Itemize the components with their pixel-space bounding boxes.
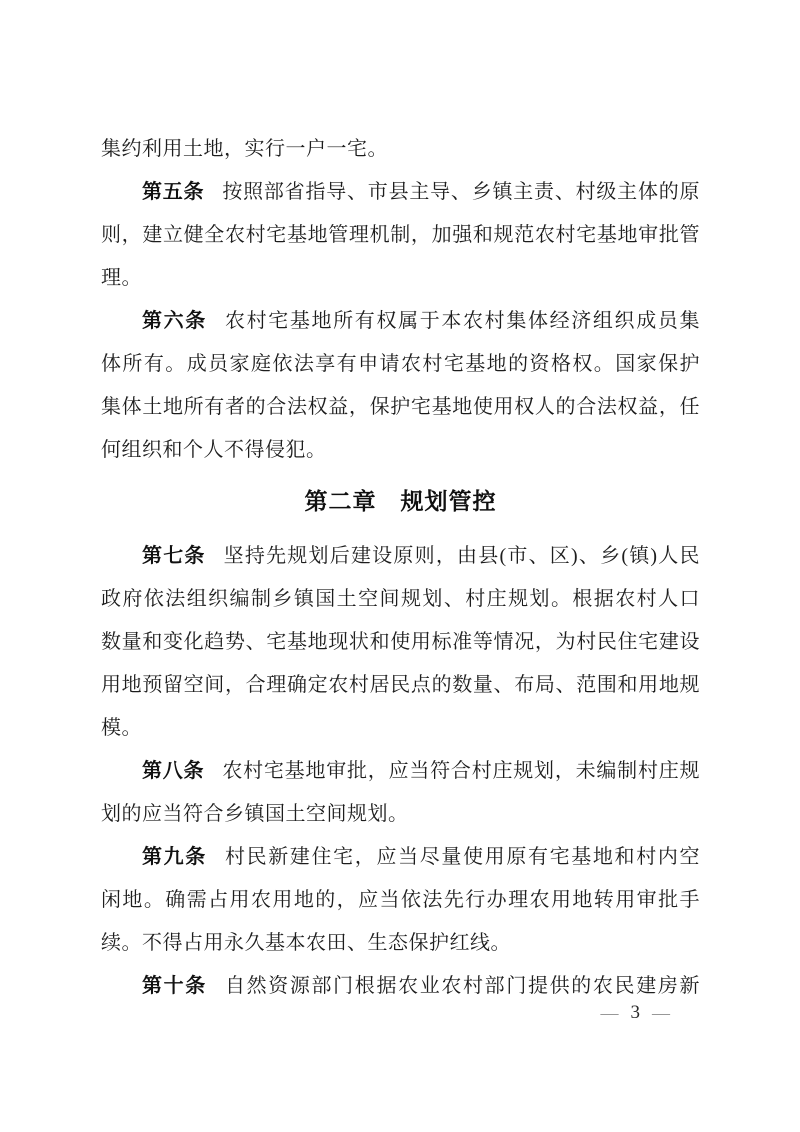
page-number: — 3 —	[601, 1000, 671, 1026]
paragraph-line: 政府依法组织编制乡镇国土空间规划、村庄规划。根据农村人口	[101, 578, 700, 621]
document-page: 集约利用土地，实行一户一宅。 第五条按照部省指导、市县主导、乡镇主责、村级主体的…	[0, 0, 800, 1132]
chapter-2-heading: 第二章 规划管控	[101, 480, 700, 523]
article-5-label: 第五条	[142, 181, 204, 203]
paragraph-line: 理。	[101, 257, 700, 300]
article-6-line: 第六条农村宅基地所有权属于本农村集体经济组织成员集	[101, 300, 700, 343]
paragraph-line: 何组织和个人不得侵犯。	[101, 429, 700, 472]
article-5-line: 第五条按照部省指导、市县主导、乡镇主责、村级主体的原	[101, 171, 700, 214]
article-9-label: 第九条	[142, 846, 207, 868]
paragraph-text: 自然资源部门根据农业农村部门提供的农民建房新	[225, 975, 700, 997]
page-number-right-dash: —	[652, 1000, 670, 1026]
article-7-label: 第七条	[142, 545, 206, 567]
paragraph-line: 体所有。成员家庭依法享有申请农村宅基地的资格权。国家保护	[101, 343, 700, 386]
article-9-line: 第九条村民新建住宅，应当尽量使用原有宅基地和村内空	[101, 836, 700, 879]
article-7-line: 第七条坚持先规划后建设原则，由县(市、区)、乡(镇)人民	[101, 535, 700, 578]
paragraph-line: 数量和变化趋势、宅基地现状和使用标准等情况，为村民住宅建设	[101, 621, 700, 664]
document-body: 集约利用土地，实行一户一宅。 第五条按照部省指导、市县主导、乡镇主责、村级主体的…	[101, 128, 700, 1008]
paragraph-line: 划的应当符合乡镇国土空间规划。	[101, 793, 700, 836]
article-8-line: 第八条农村宅基地审批，应当符合村庄规划，未编制村庄规	[101, 750, 700, 793]
paragraph-text: 农村宅基地审批，应当符合村庄规划，未编制村庄规	[222, 760, 700, 782]
article-6-label: 第六条	[142, 310, 207, 332]
article-10-label: 第十条	[142, 975, 207, 997]
paragraph-text: 村民新建住宅，应当尽量使用原有宅基地和村内空	[225, 846, 700, 868]
paragraph-line: 续。不得占用永久基本农田、生态保护红线。	[101, 922, 700, 965]
paragraph-line: 模。	[101, 707, 700, 750]
paragraph-text: 坚持先规划后建设原则，由县(市、区)、乡(镇)人民	[224, 545, 700, 567]
paragraph-line: 则，建立健全农村宅基地管理机制，加强和规范农村宅基地审批管	[101, 214, 700, 257]
page-number-left-dash: —	[601, 1000, 619, 1026]
paragraph-text: 农村宅基地所有权属于本农村集体经济组织成员集	[225, 310, 700, 332]
paragraph-line: 闲地。确需占用农用地的，应当依法先行办理农用地转用审批手	[101, 879, 700, 922]
page-number-value: 3	[631, 1000, 641, 1026]
paragraph-text: 按照部省指导、市县主导、乡镇主责、村级主体的原	[222, 181, 700, 203]
paragraph-line: 用地预留空间，合理确定农村居民点的数量、布局、范围和用地规	[101, 664, 700, 707]
paragraph-line: 集约利用土地，实行一户一宅。	[101, 128, 700, 171]
article-8-label: 第八条	[142, 760, 204, 782]
paragraph-line: 集体土地所有者的合法权益，保护宅基地使用权人的合法权益，任	[101, 386, 700, 429]
